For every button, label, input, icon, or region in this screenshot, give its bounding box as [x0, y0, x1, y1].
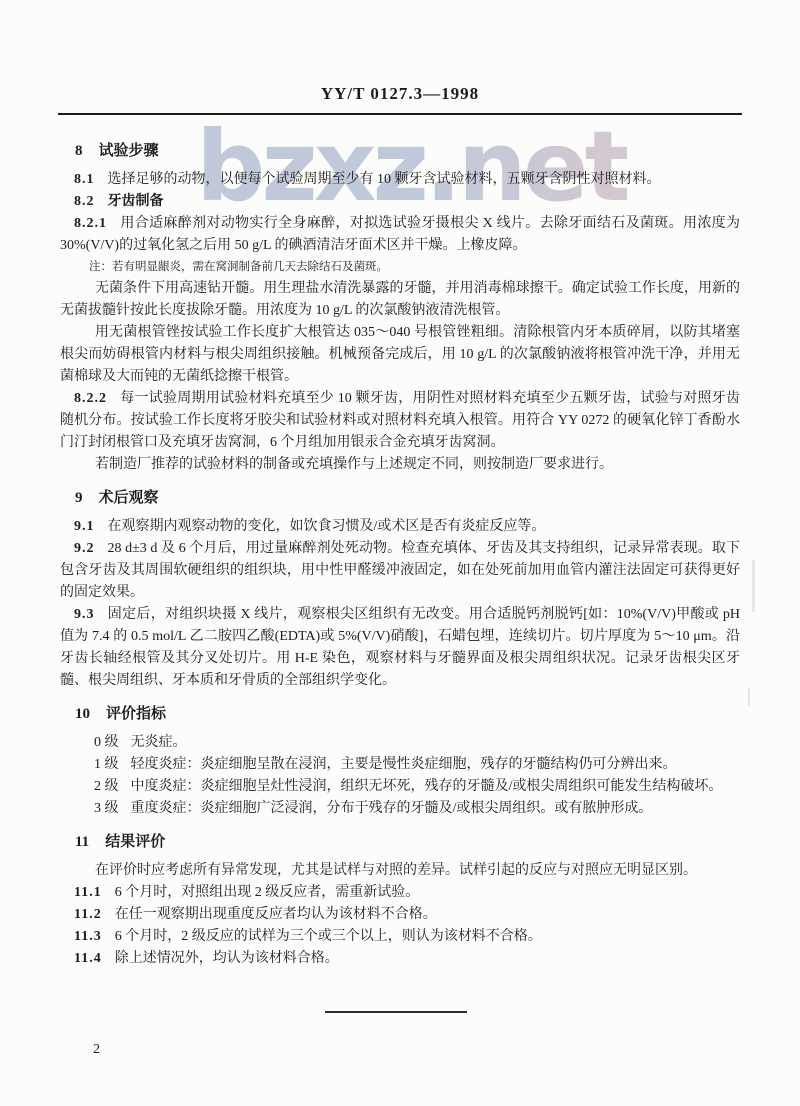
clause-11-3-text: 6 个月时，2 级反应的试样为三个或三个以上，则认为该材料不合格。 — [115, 929, 542, 944]
clause-11-1-number: 11.1 — [74, 885, 102, 900]
clause-9-3-number: 9.3 — [74, 607, 95, 622]
clause-8-1-number: 8.1 — [74, 172, 95, 187]
scan-artifact — [748, 688, 750, 706]
clause-11-2: 11.2在任一观察期出现重度反应者均认为该材料不合格。 — [60, 904, 740, 926]
clause-8-2-1: 8.2.1用合适麻醉剂对动物实行全身麻醉，对拟选试验牙摄根尖 X 线片。去除牙面… — [60, 213, 740, 257]
header-rule — [58, 113, 742, 115]
page-number: 2 — [93, 1042, 100, 1058]
clause-9-3-text: 固定后，对组织块摄 X 线片，观察根尖区组织有无改变。用合适脱钙剂脱钙[如：10… — [60, 607, 740, 688]
grade-2: 2 级中度炎症：炎症细胞呈灶性浸润，组织无坏死，残存的牙髓及/或根尖周组织可能发… — [60, 776, 740, 798]
section-10-number: 10 — [75, 706, 90, 722]
section-10-heading: 10评价指标 — [60, 702, 740, 726]
section-11-title: 结果评价 — [105, 834, 165, 850]
document-body: 8试验步骤 8.1选择足够的动物，以便每个试验周期至少有 10 颗牙含试验材料，… — [60, 139, 740, 970]
section-8-title: 试验步骤 — [99, 143, 159, 159]
clause-11-4-text: 除上述情况外，均认为该材料合格。 — [115, 951, 339, 966]
clause-11-1-text: 6 个月时，对照组出现 2 级反应者，需重新试验。 — [115, 885, 420, 900]
clause-9-2-number: 9.2 — [74, 541, 95, 556]
clause-11-3: 11.36 个月时，2 级反应的试样为三个或三个以上，则认为该材料不合格。 — [60, 926, 740, 948]
clause-8-2-2: 8.2.2每一试验周期用试验材料充填至少 10 颗牙齿，用阴性对照材料充填至少五… — [60, 388, 740, 454]
clause-8-2-2-text: 每一试验周期用试验材料充填至少 10 颗牙齿，用阴性对照材料充填至少五颗牙齿，试… — [60, 391, 740, 450]
clause-11-4: 11.4除上述情况外，均认为该材料合格。 — [60, 948, 740, 970]
section-11-heading: 11结果评价 — [60, 830, 740, 854]
clause-11-2-text: 在任一观察期出现重度反应者均认为该材料不合格。 — [115, 907, 437, 922]
section-8-number: 8 — [75, 143, 83, 159]
section-11-number: 11 — [75, 834, 89, 850]
scan-artifact — [752, 560, 755, 612]
clause-8-2-1-number: 8.2.1 — [74, 216, 107, 231]
clause-8-2: 8.2牙齿制备 — [60, 191, 740, 213]
clause-11-1: 11.16 个月时，对照组出现 2 级反应者，需重新试验。 — [60, 882, 740, 904]
clause-8-2-2-number: 8.2.2 — [74, 391, 107, 406]
grade-2-label: 2 级 — [94, 779, 119, 794]
clause-8-2-1-text: 用合适麻醉剂对动物实行全身麻醉，对拟选试验牙摄根尖 X 线片。去除牙面结石及菌斑… — [60, 216, 740, 253]
end-of-text-rule — [325, 1011, 467, 1013]
scanned-content: YY/T 0127.3—1998 8试验步骤 8.1选择足够的动物，以便每个试验… — [0, 0, 800, 970]
clause-11-4-number: 11.4 — [74, 951, 102, 966]
section-9-title: 术后观察 — [99, 490, 159, 506]
paragraph-canal-enlargement: 用无菌根管锉按试验工作长度扩大根管达 035～040 号根管锉粗细。清除根管内牙… — [60, 322, 740, 388]
grade-3-label: 3 级 — [94, 801, 119, 816]
grade-3: 3 级重度炎症：炎症细胞广泛浸润，分布于残存的牙髓及/或根尖周组织。或有脓肿形成… — [60, 798, 740, 820]
section-10-title: 评价指标 — [106, 706, 166, 722]
clause-9-3: 9.3固定后，对组织块摄 X 线片，观察根尖区组织有无改变。用合适脱钙剂脱钙[如… — [60, 604, 740, 692]
clause-9-2-text: 28 d±3 d 及 6 个月后，用过量麻醉剂处死动物。检查充填体、牙齿及其支持… — [60, 541, 740, 600]
grade-1-text: 轻度炎症：炎症细胞呈散在浸润，主要是慢性炎症细胞，残存的牙髓结构仍可分辨出来。 — [131, 757, 677, 772]
clause-9-1: 9.1在观察期内观察动物的变化，如饮食习惯及/或术区是否有炎症反应等。 — [60, 516, 740, 538]
clause-9-1-number: 9.1 — [74, 519, 95, 534]
section-8-heading: 8试验步骤 — [60, 139, 740, 163]
grade-0: 0 级无炎症。 — [60, 732, 740, 754]
section-11-intro: 在评价时应考虑所有异常发现，尤其是试样与对照的差异。试样引起的反应与对照应无明显… — [60, 860, 740, 882]
clause-8-1: 8.1选择足够的动物，以便每个试验周期至少有 10 颗牙含试验材料，五颗牙含阴性… — [60, 169, 740, 191]
section-9-heading: 9术后观察 — [60, 486, 740, 510]
note-gingivitis: 注：若有明显龈炎，需在窝洞制备前几天去除结石及菌斑。 — [60, 258, 740, 277]
clause-8-1-text: 选择足够的动物，以便每个试验周期至少有 10 颗牙含试验材料，五颗牙含阴性对照材… — [108, 172, 661, 187]
grade-2-text: 中度炎症：炎症细胞呈灶性浸润，组织无坏死，残存的牙髓及/或根尖周组织可能发生结构… — [131, 779, 723, 794]
paragraph-pulp-extirpation: 无菌条件下用高速钻开髓。用生理盐水清洗暴露的牙髓，并用消毒棉球擦干。确定试验工作… — [60, 278, 740, 322]
section-9-number: 9 — [75, 490, 83, 506]
document-page: bzxz.net YY/T 0127.3—1998 8试验步骤 8.1选择足够的… — [0, 0, 800, 1106]
grade-1: 1 级轻度炎症：炎症细胞呈散在浸润，主要是慢性炎症细胞，残存的牙髓结构仍可分辨出… — [60, 754, 740, 776]
grade-0-text: 无炎症。 — [131, 735, 187, 750]
grade-3-text: 重度炎症：炎症细胞广泛浸润，分布于残存的牙髓及/或根尖周组织。或有脓肿形成。 — [131, 801, 653, 816]
clause-11-3-number: 11.3 — [74, 929, 102, 944]
paragraph-manufacturer-deviation: 若制造厂推荐的试验材料的制备或充填操作与上述规定不同，则按制造厂要求进行。 — [60, 454, 740, 476]
grade-0-label: 0 级 — [94, 735, 119, 750]
standard-number: YY/T 0127.3—1998 — [0, 0, 800, 104]
clause-11-2-number: 11.2 — [74, 907, 102, 922]
clause-8-2-number: 8.2 — [74, 194, 95, 209]
clause-9-2: 9.228 d±3 d 及 6 个月后，用过量麻醉剂处死动物。检查充填体、牙齿及… — [60, 538, 740, 604]
grade-1-label: 1 级 — [94, 757, 119, 772]
clause-8-2-title: 牙齿制备 — [108, 194, 164, 209]
clause-9-1-text: 在观察期内观察动物的变化，如饮食习惯及/或术区是否有炎症反应等。 — [108, 519, 546, 534]
